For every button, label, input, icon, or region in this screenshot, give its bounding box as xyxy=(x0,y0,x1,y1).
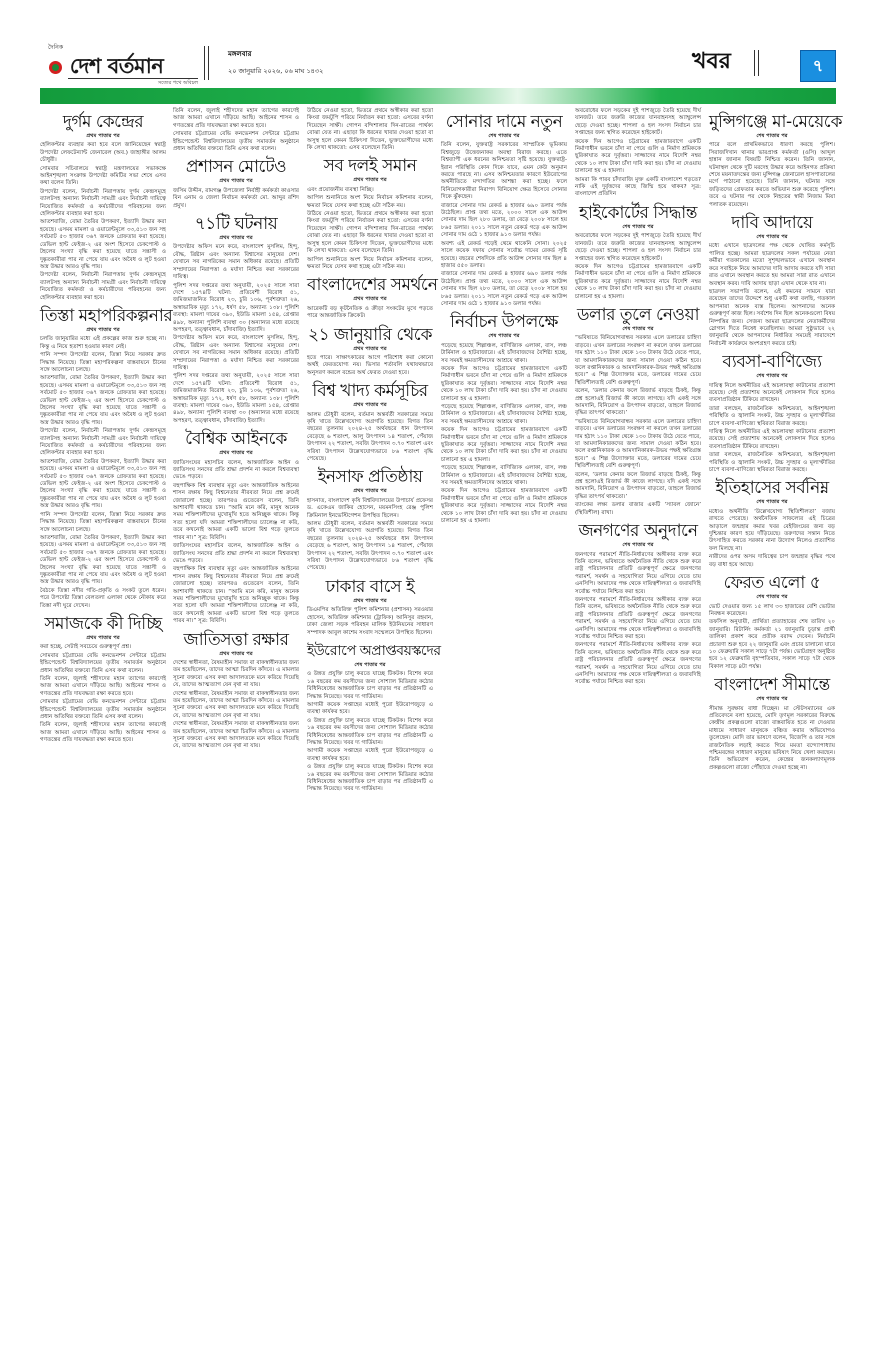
article-dabi-aday[interactable]: দাবি আদায়ে শেষ পাতার পর মধ্যে এখানে ছাত… xyxy=(709,213,835,348)
article-headline[interactable]: দুর্গম কেন্দ্রের xyxy=(40,112,166,132)
article-bybsa[interactable]: ব্যবসা-বাণিজ্যে শেষ পাতার পর দায়িত্ব নি… xyxy=(709,352,835,474)
column-2: তিনি বলেন, জুলাই শহীদদের মহান ত্যাগের কা… xyxy=(173,108,299,752)
article-71ti[interactable]: ৭১টি ঘটনায় প্রথম পাতার পর উপদেষ্টার অফি… xyxy=(173,214,299,425)
article-dhakar-base[interactable]: ঢাকার বাসে ই প্রথম পাতার পর ডিএমপির অতির… xyxy=(307,577,433,637)
article-sob-dol[interactable]: সব দলই সমান প্রথম পাতার পর এবং প্রয়োজনী… xyxy=(307,156,433,271)
article-headline[interactable]: হাইকোর্টের সিদ্ধান্ত xyxy=(575,203,701,223)
article-paragraph: আতশবাজি, বোমা তৈরির উপকরণ, ইত্যাদি উদ্ধা… xyxy=(40,375,166,427)
article-ferot[interactable]: ফেরত এলো ৫ শেষ পাতার পর ভোট দেওয়ার জন্য… xyxy=(709,573,835,671)
article-bishwo-khaddo[interactable]: বিশ্ব খাদ্য কর্মসূচির প্রথম পাতার পর আলম… xyxy=(307,381,433,463)
article-paragraph: আতশবাজি, বোমা তৈরির উপকরণ, ইত্যাদি উদ্ধা… xyxy=(40,219,166,271)
article-paragraph: দেশের স্বাধীনতা, বৈষম্যহীন সমাজ বা বাকস্… xyxy=(173,691,299,721)
section-divider xyxy=(754,50,759,76)
article-paragraph: আপিল শুনানিতে অংশ নিয়ে নির্বাচন কমিশনার… xyxy=(307,195,433,210)
article-paragraph: আতশবাজি, বোমা তৈরির উপকরণ, ইত্যাদি উদ্ধা… xyxy=(40,459,166,511)
article-paragraph: করা হচ্ছে, সেটাই সবচেয়ে গুরুত্বপূর্ণ প্… xyxy=(40,644,166,651)
page-number-badge: ৭ xyxy=(800,50,836,82)
jump-label: শেষ পাতার পর xyxy=(441,333,567,340)
article-sonar-dam[interactable]: সোনার দামে নতুন শেষ পাতার পর তিনি বলেন, … xyxy=(441,112,567,308)
article-paragraph: পুলিশ সদর দপ্তরের তথ্য অনুযায়ী, ২০২৫ সা… xyxy=(173,283,299,335)
article-paragraph: আমরা কি পারব চাঁদাবাজি মুক্ত একটি বাংলাদ… xyxy=(575,177,701,199)
jump-label: প্রথম পাতার পর xyxy=(173,178,299,185)
article-simante[interactable]: বাংলাদেশ সীমান্তে শেষ পাতার পর সীমান্ত স… xyxy=(709,675,835,772)
article-paragraph: পড়েছে হয়েছে শিল্পাঞ্চল, বাণিজ্যিক এলাক… xyxy=(441,404,567,426)
article-paragraph: বৈঠকে তিস্তা নদীর গতি-প্রকৃতি ও সংকট তুল… xyxy=(40,588,166,610)
article-paragraph: ডিএমপির অতিরিক্ত পুলিশ কমিশনার (প্রশাসন)… xyxy=(307,607,433,637)
article-headline[interactable]: ব্যবসা-বাণিজ্যে xyxy=(709,352,835,372)
article-europe[interactable]: ইউরোপে অপ্রাপ্তবয়স্কদের শেষ পাতার পর ও … xyxy=(307,641,433,794)
jump-label: শেষ পাতার পর xyxy=(575,224,701,231)
jump-label: প্রথম পাতার পর xyxy=(307,488,433,495)
article-paragraph: সোমবার চট্টগ্রামের বেভি কনভেনশন সেন্টারে… xyxy=(173,131,299,153)
jump-label: প্রথম পাতার পর xyxy=(173,450,299,457)
article-headline[interactable]: ফেরত এলো ৫ xyxy=(709,573,835,593)
article-paragraph: অবশ্য এই রেকর্ড গড়েই থেমে থাকেনি সোনা। … xyxy=(441,241,567,271)
article-dollar[interactable]: ডলার তুলে নেওয়া শেষ পাতার পর “ভবিষ্যতে … xyxy=(575,305,701,517)
article-paragraph: দায়িত্ব নিলে অর্থনীতির এই অচলাবস্থা কাট… xyxy=(709,383,835,405)
article-paragraph: তারা বলছেন, রাজনৈতিক অনিশ্চয়তা, আইনশৃঙ্… xyxy=(709,406,835,428)
article-paragraph: জনগণের পরামর্শে নীতি-নির্ধারণের অঙ্গীকার… xyxy=(575,597,701,641)
jump-label: প্রথম পাতার পর xyxy=(307,177,433,184)
article-paragraph: চলতি জানুয়ারির মধ্যে এই প্রকল্পের কাজ শ… xyxy=(40,336,166,351)
jump-label: প্রথম পাতার পর xyxy=(173,651,299,658)
article-paragraph: অবরোধের ফলে সড়কের দুই পাশজুড়ে তৈরি হয়… xyxy=(575,108,701,138)
jump-label: শেষ পাতার পর xyxy=(575,542,701,549)
article-itihaser[interactable]: ইতিহাসের সর্বনিম্ন শেষ পাতার পর মধ্যেও অ… xyxy=(709,478,835,569)
article-paragraph: পানি সম্পদ উপদেষ্টা বলেন, তিস্তা নিয়ে স… xyxy=(40,352,166,374)
article-paragraph: সোমবার চট্টগ্রামের বেভি কনভেনশন সেন্টারে… xyxy=(40,653,166,675)
column-3: উঠিয়ে নেওয়া হতো, ভিতরে প্রথমে অস্বীকার… xyxy=(307,108,433,795)
article-paragraph: উঠিয়ে নেওয়া হতো, ভিতরে প্রথমে অস্বীকার… xyxy=(307,108,433,152)
article-paragraph: কয়েক দিন আগেও চট্টগ্রামের হামজারবাগে এক… xyxy=(441,488,567,525)
article-paragraph: উপদেষ্টার অফিস মনে করে, বাংলাদেশ মুসলিম,… xyxy=(173,244,299,281)
jump-label: শেষ পাতার পর xyxy=(709,234,835,241)
article-headline[interactable]: ৭১টি ঘটনায় xyxy=(173,214,299,234)
date-block: মঙ্গলবার ২০ জানুয়ারি ২০২৬, ০৬ মাঘ ১৪৩২ xyxy=(228,48,323,77)
article-headline[interactable]: ইউরোপে অপ্রাপ্তবয়স্কদের xyxy=(307,641,433,661)
article-paragraph: উঠিয়ে নেওয়া হতো, ভিতরে প্রথমে অস্বীকার… xyxy=(307,211,433,255)
article-paragraph: পারে বলে প্রাথমিকভাবে ধারণা করছে পুলিশ। … xyxy=(709,142,835,209)
article-paragraph: মধ্যে এখানে ছাত্রদলের পক্ষ থেকে ঘোষিত কর… xyxy=(709,243,835,287)
article-paragraph: আরেকটি বড় কূটনৈতিক ও ক্রীড়া সংকটের মুখ… xyxy=(307,306,433,321)
article-paragraph: “ভবিষ্যতে বিনিয়োগবান্ধব সরকার এলে ডলারে… xyxy=(575,335,701,387)
article-paragraph: উপদেষ্টার অফিস মনে করে, বাংলাদেশ মুসলিম,… xyxy=(173,335,299,372)
jump-label: শেষ পাতার পর xyxy=(709,696,835,703)
article-paragraph: কয়েক দিন আগেও চট্টগ্রামের হামজারবাগে এক… xyxy=(575,139,701,176)
article-paragraph: ব্যাংকের লক্ষ্য ডলার বাজার একটি ‘স্যাবল … xyxy=(575,502,701,517)
article-paragraph: এবং প্রয়োজনীয় ব্যবস্থা নিচ্ছি। xyxy=(307,187,433,194)
jump-label: প্রথম পাতার পর xyxy=(40,327,166,334)
jump-label: প্রথম পাতার পর xyxy=(307,296,433,303)
article-headline[interactable]: সব দলই সমান xyxy=(307,156,433,176)
column-5: অবরোধের ফলে সড়কের দুই পাশজুড়ে তৈরি হয়… xyxy=(575,108,701,688)
logo-emblem-icon xyxy=(49,61,62,74)
article-headline[interactable]: বিশ্ব খাদ্য কর্মসূচির xyxy=(307,381,433,401)
article-headline[interactable]: দাবি আদায়ে xyxy=(709,213,835,233)
paper-tagline: সত্যের পথে অবিচল xyxy=(68,78,198,88)
weekday: মঙ্গলবার xyxy=(228,48,323,60)
article-paragraph: অবরোধের ফলে সড়কের দুই পাশজুড়ে তৈরি হয়… xyxy=(575,233,701,263)
article-headline[interactable]: সমাজকে কী দিচ্ছি xyxy=(40,614,166,634)
article-munshiganj[interactable]: মুন্সিগঞ্জে মা-মেয়েকে শেষ পাতার পর পারে… xyxy=(709,112,835,209)
article-durgom[interactable]: দুর্গম কেন্দ্রের প্রথম পাতার পর হেলিকপ্ট… xyxy=(40,112,166,302)
article-paragraph: তফসিল অনুযায়ী, প্রার্থিতা প্রত্যাহারের … xyxy=(709,619,835,671)
article-paragraph: জাতিসংঘের মহাসচিব বলেন, আন্তর্জাতিক আইন … xyxy=(173,460,299,482)
article-insaf[interactable]: ইনসাফ প্রতিষ্ঠায় প্রথম পাতার পর হাসনাত,… xyxy=(307,467,433,572)
article-paragraph: ও উন্নত প্রযুক্তি চালু করতে যাচ্ছে টিকটক… xyxy=(307,764,433,794)
article-paragraph: হেলিকপ্টার ব্যবহার করা হবে বলে জানিয়েছে… xyxy=(40,142,166,164)
article-proshason[interactable]: প্রশাসন মোটেও প্রথম পাতার পর জসিম উদ্দীন… xyxy=(173,157,299,210)
article-headline[interactable]: ইতিহাসের সর্বনিম্ন xyxy=(709,478,835,498)
article-paragraph: বাজারে সোনার দাম রেকর্ড ৪ হাজার ৬৯০ ডলার… xyxy=(441,203,567,240)
jump-label: শেষ পাতার পর xyxy=(709,499,835,506)
jump-label: প্রথম পাতার পর xyxy=(40,133,166,140)
article-paragraph: পানি সম্পদ উপদেষ্টা বলেন, তিস্তা নিয়ে স… xyxy=(40,512,166,534)
section-title: খবর xyxy=(692,44,731,81)
article-paragraph: তিনি বলেন, যুক্তরাষ্ট্র সরকারের সাম্প্রত… xyxy=(441,142,567,201)
jump-label: শেষ পাতার পর xyxy=(307,662,433,669)
article-paragraph: ও উন্নত প্রযুক্তি চালু করতে যাচ্ছে টিকটক… xyxy=(307,718,433,748)
article-paragraph: আলম চৌধুরী বলেন, বর্তমান অন্তর্বর্তী সরক… xyxy=(307,412,433,464)
article-headline[interactable]: নির্বাচন উপলক্ষে xyxy=(441,312,567,332)
column-1: দুর্গম কেন্দ্রের প্রথম পাতার পর হেলিকপ্ট… xyxy=(40,108,166,746)
article-headline[interactable]: ঢাকার বাসে ই xyxy=(307,577,433,597)
article-headline[interactable]: প্রশাসন মোটেও xyxy=(173,157,299,177)
article-headline[interactable]: জনগণের অনুদানে xyxy=(575,521,701,541)
jump-label: প্রথম পাতার পর xyxy=(40,635,166,642)
article-somajke[interactable]: সমাজকে কী দিচ্ছি প্রথম পাতার পর করা হচ্ছ… xyxy=(40,614,166,745)
article-paragraph: “ভবিষ্যতে বিনিয়োগবান্ধব সরকার এলে ডলারে… xyxy=(575,419,701,471)
article-paragraph: উপদেষ্টা বলেন, নির্বাচনী নিরাপত্তায় দুর… xyxy=(40,428,166,458)
jump-label: প্রথম পাতার পর xyxy=(173,235,299,242)
article-paragraph: বলেন, ‘ডলার কেনার ফলে রিজার্ভ বাড়ছে ঠিক… xyxy=(575,472,701,502)
article-paragraph: দেশের স্বাধীনতা, বৈষম্যহীন সমাজ বা বাকস্… xyxy=(173,660,299,690)
paper-logo[interactable]: দৈনিক দেশ বর্তমান সত্যের পথে অবিচল xyxy=(40,46,200,82)
article-headline[interactable]: ডলার তুলে নেওয়া xyxy=(575,305,701,325)
article-paragraph: তারা বলছেন, রাজনৈতিক অনিশ্চয়তা, আইনশৃঙ্… xyxy=(709,452,835,474)
article-paragraph: মধ্যেও অর্থনীতি ‘উল্লেখযোগ্য স্থিতিশীলতা… xyxy=(709,509,835,553)
article-paragraph: কয়েক দিন আগেও চট্টগ্রামের হামজারবাগে এক… xyxy=(441,366,567,403)
jump-label: প্রথম পাতার পর xyxy=(307,402,433,409)
article-paragraph: আতশবাজি, বোমা তৈরির উপকরণ, ইত্যাদি উদ্ধা… xyxy=(40,535,166,587)
article-paragraph: আপিল শুনানিতে অংশ নিয়ে নির্বাচন কমিশনার… xyxy=(307,257,433,272)
article-paragraph: আগামী কয়েক সপ্তাহের মধ্যেই পুরো ইউরোপজু… xyxy=(307,748,433,763)
article-paragraph: বহুপাক্ষিক বিশ্ব ব্যবস্থার মৃত্যু এবং আন… xyxy=(173,483,299,542)
article-paragraph: জনগণের পরামর্শে নীতি-নির্ধারণের অঙ্গীকার… xyxy=(575,552,701,596)
article-paragraph: সোমবার চট্টগ্রামের বেভি কনভেনশন সেন্টারে… xyxy=(40,699,166,721)
article-headline[interactable]: মুন্সিগঞ্জে মা-মেয়েকে xyxy=(709,112,835,132)
article-tista[interactable]: তিস্তা মহাপরিকল্পনার প্রথম পাতার পর চলতি… xyxy=(40,306,166,610)
article-paragraph: হতে পারে। সাক্ষাৎকারের আগে পরিশোধ করা কো… xyxy=(307,355,433,377)
article-paragraph: উপদেষ্টা বলেন, নির্বাচনী নিরাপত্তায় দুর… xyxy=(40,272,166,302)
article-jonogoner[interactable]: জনগণের অনুদানে শেষ পাতার পর জনগণের পরামর… xyxy=(575,521,701,687)
article-paragraph: আগামী কয়েক সপ্তাহের মধ্যেই পুরো ইউরোপজু… xyxy=(307,702,433,717)
article-paragraph: আলম চৌধুরী বলেন, বর্তমান অন্তর্বর্তী সরক… xyxy=(307,521,433,573)
article-paragraph: জনগণের পরামর্শে নীতি-নির্ধারণের অঙ্গীকার… xyxy=(575,642,701,686)
jump-label: শেষ পাতার পর xyxy=(709,373,835,380)
article-headline[interactable]: বাংলাদেশ সীমান্তে xyxy=(709,675,835,695)
header-divider xyxy=(204,46,209,80)
article-headline[interactable]: ইনসাফ প্রতিষ্ঠায় xyxy=(307,467,433,487)
article-paragraph: বহুপাক্ষিক বিশ্ব ব্যবস্থার মৃত্যু এবং আন… xyxy=(173,566,299,625)
jump-label: প্রথম পাতার পর xyxy=(307,598,433,605)
article-paragraph: পুলিশ সদর দপ্তরের তথ্য অনুযায়ী, ২০২৫ সা… xyxy=(173,373,299,425)
article-boishwik[interactable]: বৈশ্বিক আইনকে প্রথম পাতার পর জাতিসংঘের ম… xyxy=(173,429,299,625)
article-paragraph: দেশের স্বাধীনতা, বৈষম্যহীন সমাজ বা বাকস্… xyxy=(173,721,299,751)
article-headline[interactable]: জাতিসত্তা রক্ষার xyxy=(173,630,299,650)
article-paragraph: সীমান্ত সুরক্ষায় বাধা দিচ্ছেন। মা স্টেট… xyxy=(709,706,835,773)
jump-label: শেষ পাতার পর xyxy=(441,133,567,140)
article-paragraph: ছাত্রদল সভাপতি বলেন, এই কমনের সামনে যারা… xyxy=(709,289,835,348)
article-paragraph: উপদেষ্টা বলেন, নির্বাচনী নিরাপত্তায় দুর… xyxy=(40,189,166,219)
article-paragraph: জসিম উদ্দীন, রামগঞ্জ উপজেলা নির্বাহী কর্… xyxy=(173,188,299,210)
article-paragraph: বলেন, ‘ডলার কেনার ফলে রিজার্ভ বাড়ছে ঠিক… xyxy=(575,388,701,418)
article-paragraph: কয়েক দিন আগেও চট্টগ্রামের হামজারবাগে এক… xyxy=(575,264,701,301)
article-jatisotta[interactable]: জাতিসত্তা রক্ষার প্রথম পাতার পর দেশের স্… xyxy=(173,630,299,751)
article-headline[interactable]: বাংলাদেশের সমর্থনে xyxy=(307,275,433,295)
article-paragraph: ও উন্নত প্রযুক্তি চালু করতে যাচ্ছে টিকটক… xyxy=(307,671,433,701)
article-paragraph: কয়েক দিন আগেও চট্টগ্রামের হামজারবাগে এক… xyxy=(441,427,567,464)
article-paragraph: নারীদের ওপর অসম দায়িত্বের চাপ জন্মহার ব… xyxy=(709,554,835,569)
article-bangladesher-somorthone[interactable]: বাংলাদেশের সমর্থনে প্রথম পাতার পর আরেকটি… xyxy=(307,275,433,320)
article-headline[interactable]: তিস্তা মহাপরিকল্পনার xyxy=(40,306,166,326)
article-nirbachon[interactable]: নির্বাচন উপলক্ষে শেষ পাতার পর পড়েছে হয়… xyxy=(441,312,567,525)
article-headline[interactable]: বৈশ্বিক আইনকে xyxy=(173,429,299,449)
jump-label: শেষ পাতার পর xyxy=(709,594,835,601)
masthead: দৈনিক দেশ বর্তমান সত্যের পথে অবিচল মঙ্গল… xyxy=(0,40,870,90)
article-21-january[interactable]: ২১ জানুয়ারি থেকে প্রথম পাতার পর হতে পার… xyxy=(307,325,433,378)
article-headline[interactable]: ২১ জানুয়ারি থেকে xyxy=(307,325,433,345)
article-paragraph: হাসনাত, বাংলাদেশ কৃষি বিশ্ববিদ্যালয়ের উ… xyxy=(307,498,433,520)
article-highcourt[interactable]: হাইকোর্টের সিদ্ধান্ত শেষ পাতার পর অবরোধে… xyxy=(575,203,701,301)
jump-label: শেষ পাতার পর xyxy=(709,133,835,140)
article-paragraph: পড়েছে হয়েছে শিল্পাঞ্চল, বাণিজ্যিক এলাক… xyxy=(441,343,567,365)
column-4: সোনার দামে নতুন শেষ পাতার পর তিনি বলেন, … xyxy=(441,108,567,527)
article-paragraph: তিনি বলেন, জুলাই শহীদদের মহান ত্যাগের কা… xyxy=(40,722,166,744)
jump-label: শেষ পাতার পর xyxy=(575,326,701,333)
jump-label: প্রথম পাতার পর xyxy=(307,346,433,353)
issue-date: ২০ জানুয়ারি ২০২৬, ০৬ মাঘ ১৪৩২ xyxy=(228,66,323,77)
article-paragraph: বাজারে সোনার দাম রেকর্ড ৪ হাজার ৬৯০ ডলার… xyxy=(441,271,567,308)
article-paragraph: তিনি বলেন, জুলাই শহীদদের মহান ত্যাগের কা… xyxy=(40,676,166,698)
article-paragraph: ভোট দেওয়ার জন্য ১৫ লাখ ৩৩ হাজারের বেশি … xyxy=(709,604,835,619)
article-paragraph: পড়েছে হয়েছে শিল্পাঞ্চল, বাণিজ্যিক এলাক… xyxy=(441,465,567,487)
header-green-bar xyxy=(40,88,836,104)
column-6: মুন্সিগঞ্জে মা-মেয়েকে শেষ পাতার পর পারে… xyxy=(709,108,835,773)
article-paragraph: সোমবার সচিবালয়ে স্বরাষ্ট্র মন্ত্রণালয়ে… xyxy=(40,166,166,188)
article-paragraph: জাতিসংঘের মহাসচিব বলেন, আন্তর্জাতিক আইন … xyxy=(173,543,299,565)
article-paragraph: দায়িত্ব নিলে অর্থনীতির এই অচলাবস্থা কাট… xyxy=(709,429,835,451)
article-paragraph: তিনি বলেন, জুলাই শহীদদের মহান ত্যাগের কা… xyxy=(173,108,299,130)
article-headline[interactable]: সোনার দামে নতুন xyxy=(441,112,567,132)
